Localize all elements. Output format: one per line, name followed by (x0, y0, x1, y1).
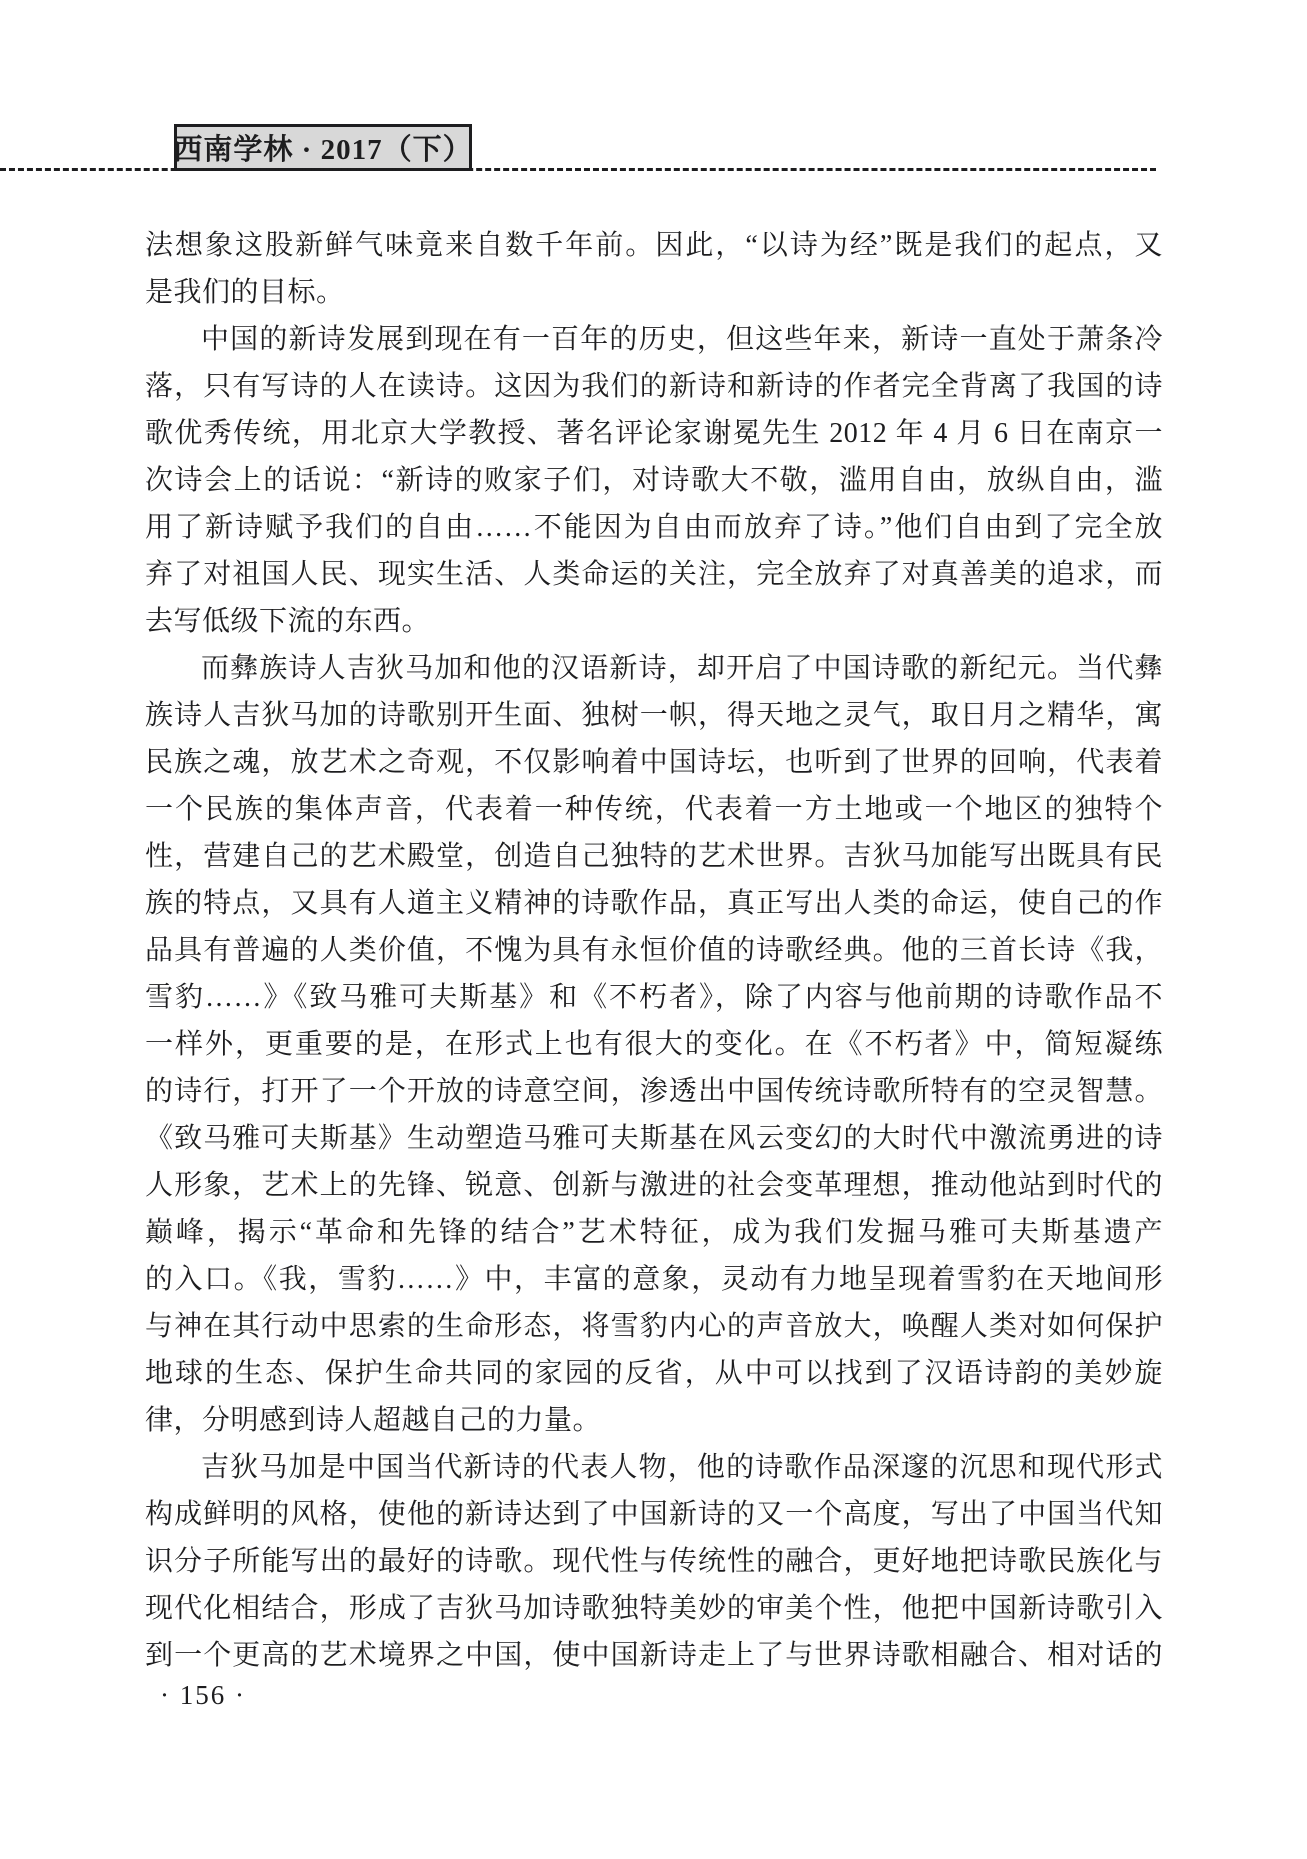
text-line: 族诗人吉狄马加的诗歌别开生面、独树一帜，得天地之灵气，取日月之精华，寓 (145, 692, 1163, 739)
text-line: 的入口。《我，雪豹……》中，丰富的意象，灵动有力地呈现着雪豹在天地间形 (145, 1256, 1163, 1303)
text-line: 一个民族的集体声音，代表着一种传统，代表着一方土地或一个地区的独特个 (145, 786, 1163, 833)
text-line: 民族之魂，放艺术之奇观，不仅影响着中国诗坛，也听到了世界的回响，代表着 (145, 739, 1163, 786)
text-line: 雪豹……》《致马雅可夫斯基》和《不朽者》，除了内容与他前期的诗歌作品不 (145, 974, 1163, 1021)
text-line: 法想象这股新鲜气味竟来自数千年前。因此，“以诗为经”既是我们的起点，又 (145, 222, 1163, 269)
text-line: 歌优秀传统，用北京大学教授、著名评论家谢冕先生 2012 年 4 月 6 日在南… (145, 410, 1163, 457)
text-line: 去写低级下流的东西。 (145, 598, 1163, 645)
text-line: 族的特点，又具有人道主义精神的诗歌作品，真正写出人类的命运，使自己的作 (145, 880, 1163, 927)
text-line: 用了新诗赋予我们的自由……不能因为自由而放弃了诗。”他们自由到了完全放 (145, 504, 1163, 551)
text-line: 品具有普遍的人类价值，不愧为具有永恒价值的诗歌经典。他的三首长诗《我， (145, 927, 1163, 974)
text-line: 一样外，更重要的是，在形式上也有很大的变化。在《不朽者》中，简短凝练 (145, 1021, 1163, 1068)
text-line: 性，营建自己的艺术殿堂，创造自己独特的艺术世界。吉狄马加能写出既具有民 (145, 833, 1163, 880)
scanned-book-page: 西南学林 · 2017（下） 法想象这股新鲜气味竟来自数千年前。因此，“以诗为经… (0, 0, 1307, 1859)
dashed-divider (0, 168, 1156, 171)
text-line: 《致马雅可夫斯基》生动塑造马雅可夫斯基在风云变幻的大时代中激流勇进的诗 (145, 1115, 1163, 1162)
text-line: 是我们的目标。 (145, 269, 1163, 316)
text-line: 识分子所能写出的最好的诗歌。现代性与传统性的融合，更好地把诗歌民族化与 (145, 1538, 1163, 1585)
text-line: 的诗行，打开了一个开放的诗意空间，渗透出中国传统诗歌所特有的空灵智慧。 (145, 1068, 1163, 1115)
journal-title: 西南学林 · 2017（下） (173, 127, 472, 168)
text-line: 与神在其行动中思索的生命形态，将雪豹内心的声音放大，唤醒人类对如何保护 (145, 1303, 1163, 1350)
text-line: 巅峰，揭示“革命和先锋的结合”艺术特征，成为我们发掘马雅可夫斯基遗产 (145, 1209, 1163, 1256)
text-line: 次诗会上的话说：“新诗的败家子们，对诗歌大不敬，滥用自由，放纵自由，滥 (145, 457, 1163, 504)
page-number: · 156 · (160, 1680, 246, 1711)
text-line: 律，分明感到诗人超越自己的力量。 (145, 1397, 1163, 1444)
text-line: 中国的新诗发展到现在有一百年的历史，但这些年来，新诗一直处于萧条冷 (145, 316, 1163, 363)
article-body: 法想象这股新鲜气味竟来自数千年前。因此，“以诗为经”既是我们的起点，又是我们的目… (145, 222, 1163, 1679)
journal-header-badge: 西南学林 · 2017（下） (174, 124, 472, 171)
text-line: 吉狄马加是中国当代新诗的代表人物，他的诗歌作品深邃的沉思和现代形式 (145, 1444, 1163, 1491)
text-line: 现代化相结合，形成了吉狄马加诗歌独特美妙的审美个性，他把中国新诗歌引入 (145, 1585, 1163, 1632)
text-line: 到一个更高的艺术境界之中国，使中国新诗走上了与世界诗歌相融合、相对话的 (145, 1632, 1163, 1679)
text-line: 地球的生态、保护生命共同的家园的反省，从中可以找到了汉语诗韵的美妙旋 (145, 1350, 1163, 1397)
text-line: 弃了对祖国人民、现实生活、人类命运的关注，完全放弃了对真善美的追求，而 (145, 551, 1163, 598)
text-line: 构成鲜明的风格，使他的新诗达到了中国新诗的又一个高度，写出了中国当代知 (145, 1491, 1163, 1538)
text-line: 人形象，艺术上的先锋、锐意、创新与激进的社会变革理想，推动他站到时代的 (145, 1162, 1163, 1209)
text-line: 落，只有写诗的人在读诗。这因为我们的新诗和新诗的作者完全背离了我国的诗 (145, 363, 1163, 410)
text-line: 而彝族诗人吉狄马加和他的汉语新诗，却开启了中国诗歌的新纪元。当代彝 (145, 645, 1163, 692)
